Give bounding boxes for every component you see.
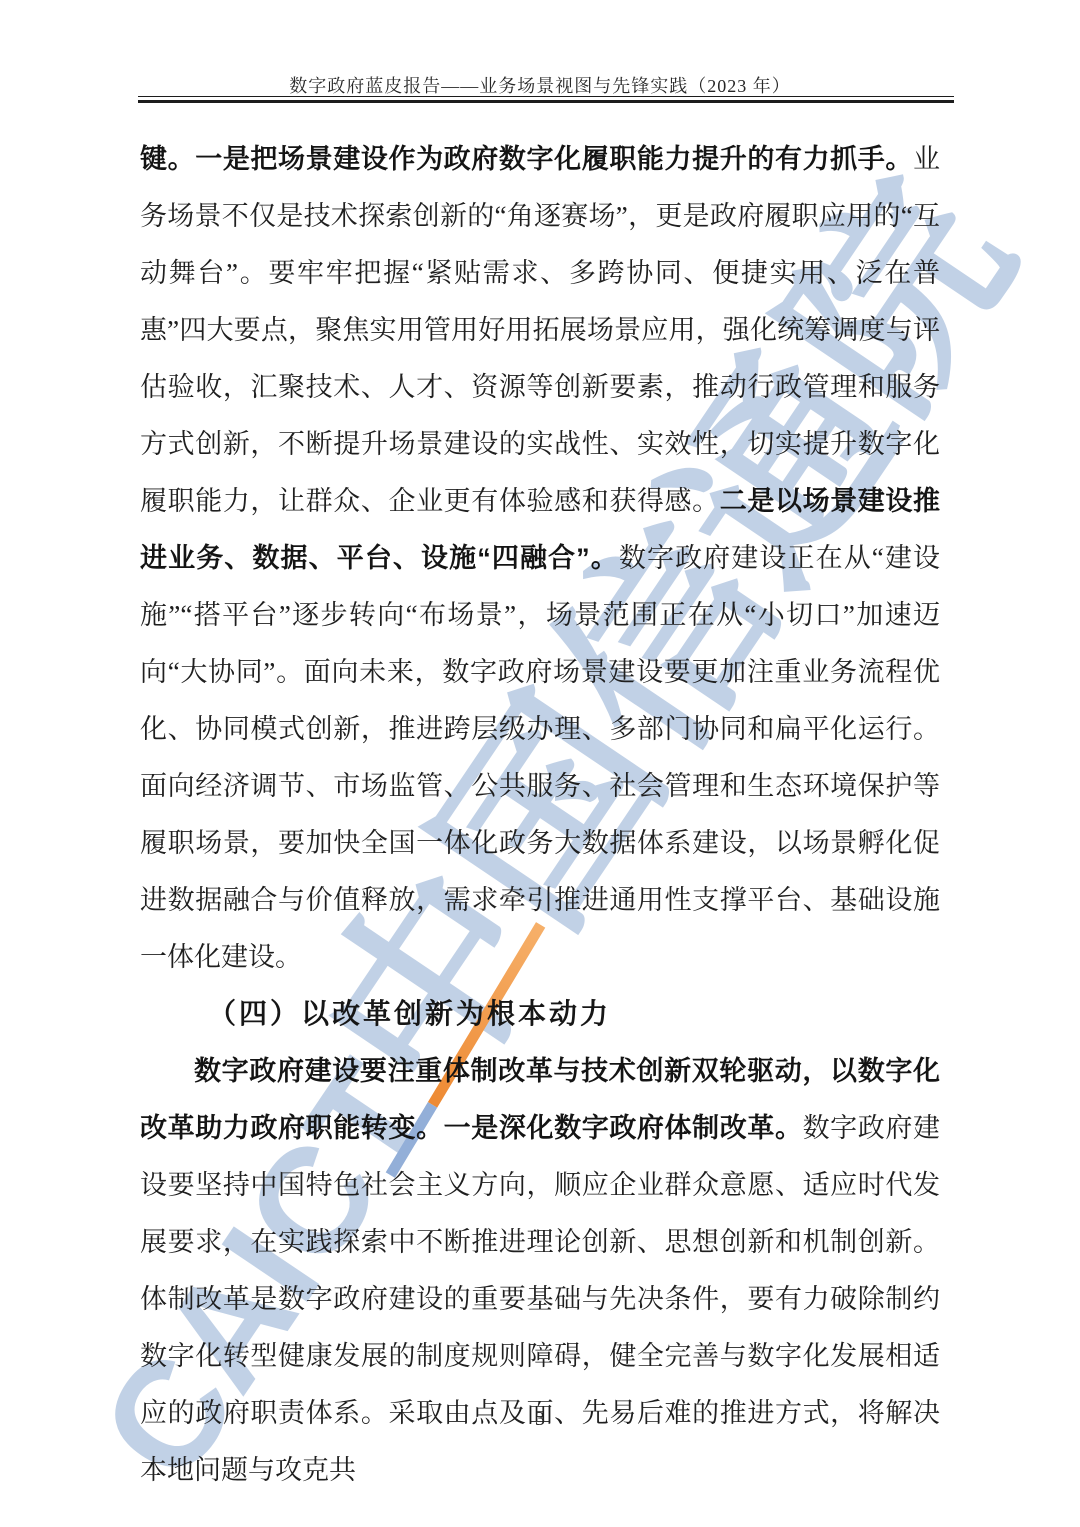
body-text-run: 数字政府建设正在从“建设施”“搭平台”逐步转向“布场景”，场景范围正在从“小切口… [140, 543, 940, 972]
paragraph-1: 键。一是把场景建设作为政府数字化履职能力提升的有力抓手。业务场景不仅是技术探索创… [140, 131, 940, 986]
emphasis-text-run: 键。一是把场景建设作为政府数字化履职能力提升的有力抓手。 [140, 144, 913, 174]
header-rule-thick [138, 100, 954, 103]
page-number: 3 [0, 1408, 1080, 1431]
header-rule-thin [138, 96, 954, 97]
document-page: CAICT中国信通院 数字政府蓝皮报告——业务场景视图与先锋实践（2023 年）… [0, 0, 1080, 1527]
running-head-title: 数字政府蓝皮报告——业务场景视图与先锋实践（2023 年） [140, 72, 940, 98]
body-text-run: 业务场景不仅是技术探索创新的“角逐赛场”，更是政府履职应用的“互动舞台”。要牢牢… [140, 144, 940, 516]
section-heading: （四）以改革创新为根本动力 [140, 986, 940, 1043]
body-content: 键。一是把场景建设作为政府数字化履职能力提升的有力抓手。业务场景不仅是技术探索创… [140, 131, 940, 1499]
